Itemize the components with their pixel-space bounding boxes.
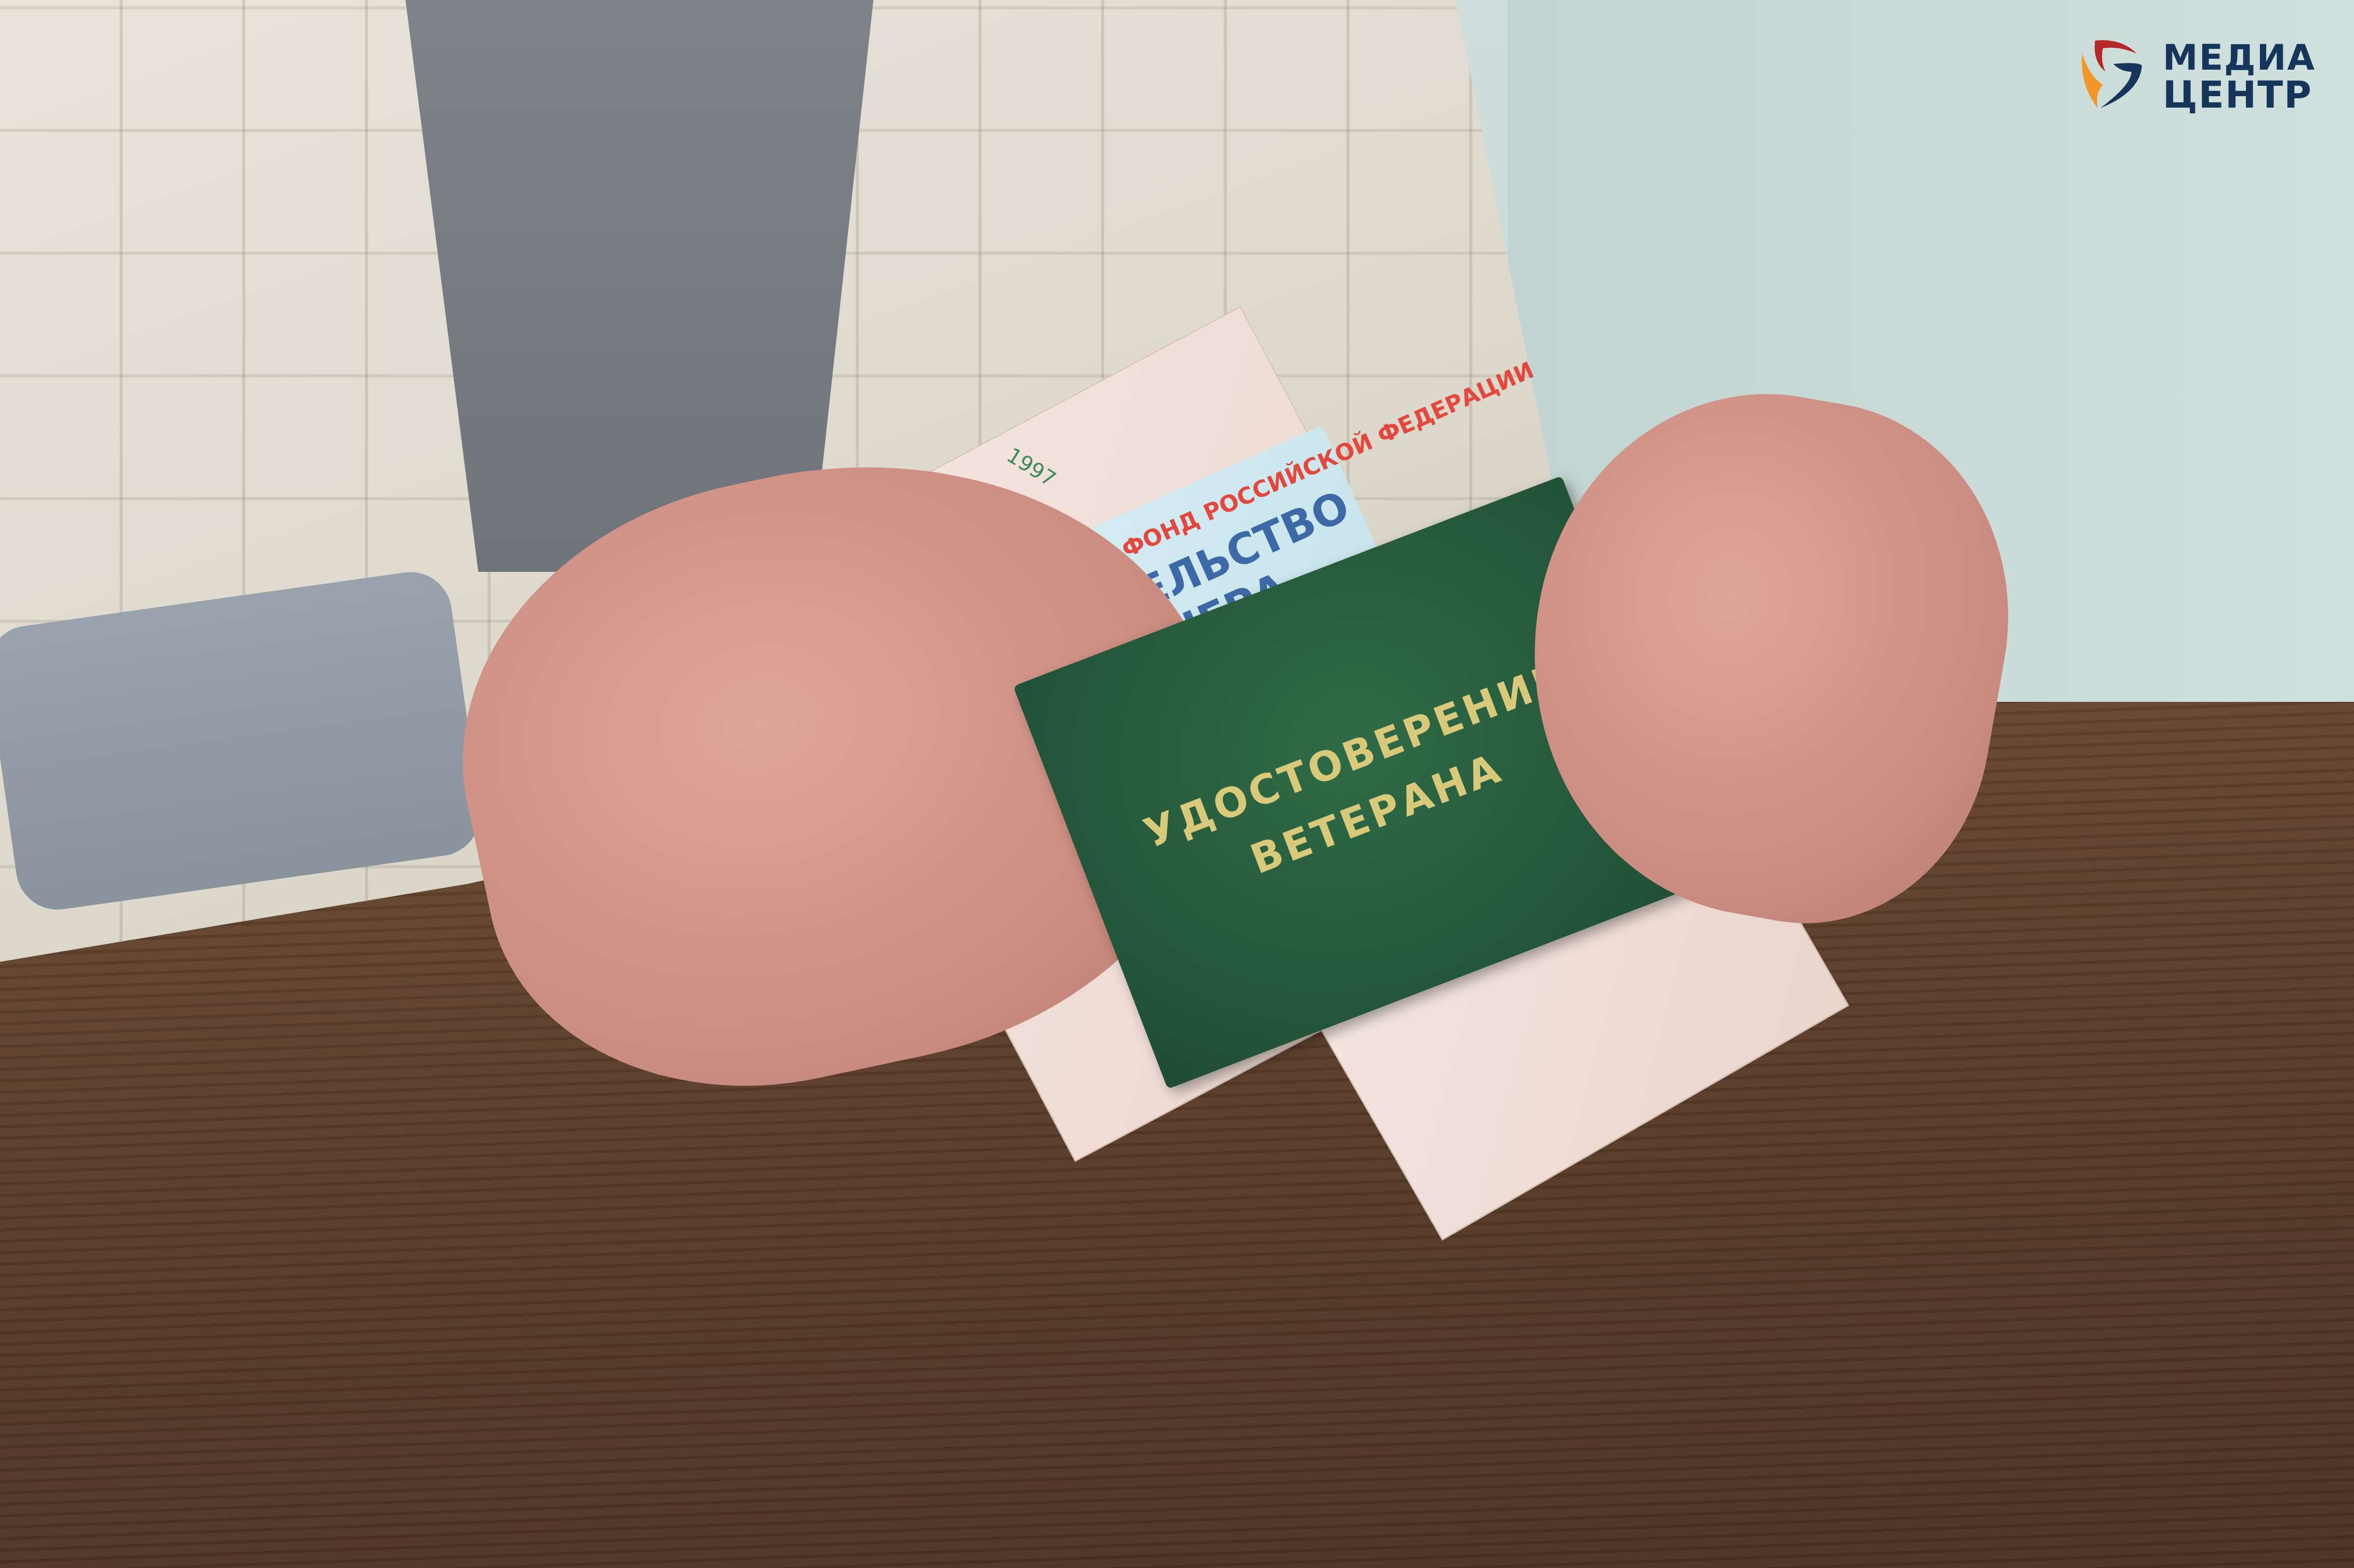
logo-text-center: ЦЕНТР: [2163, 73, 2312, 116]
banknote-year: 1997: [1002, 443, 1060, 492]
media-center-logo: МЕДИА ЦЕНТР: [2074, 35, 2334, 119]
photo-scene: 1997 ПЕНСИОННЫЙ ФОНД РОССИЙСКОЙ ФЕДЕРАЦИ…: [0, 0, 2354, 1568]
logo-swoosh-icon: [2074, 35, 2152, 113]
